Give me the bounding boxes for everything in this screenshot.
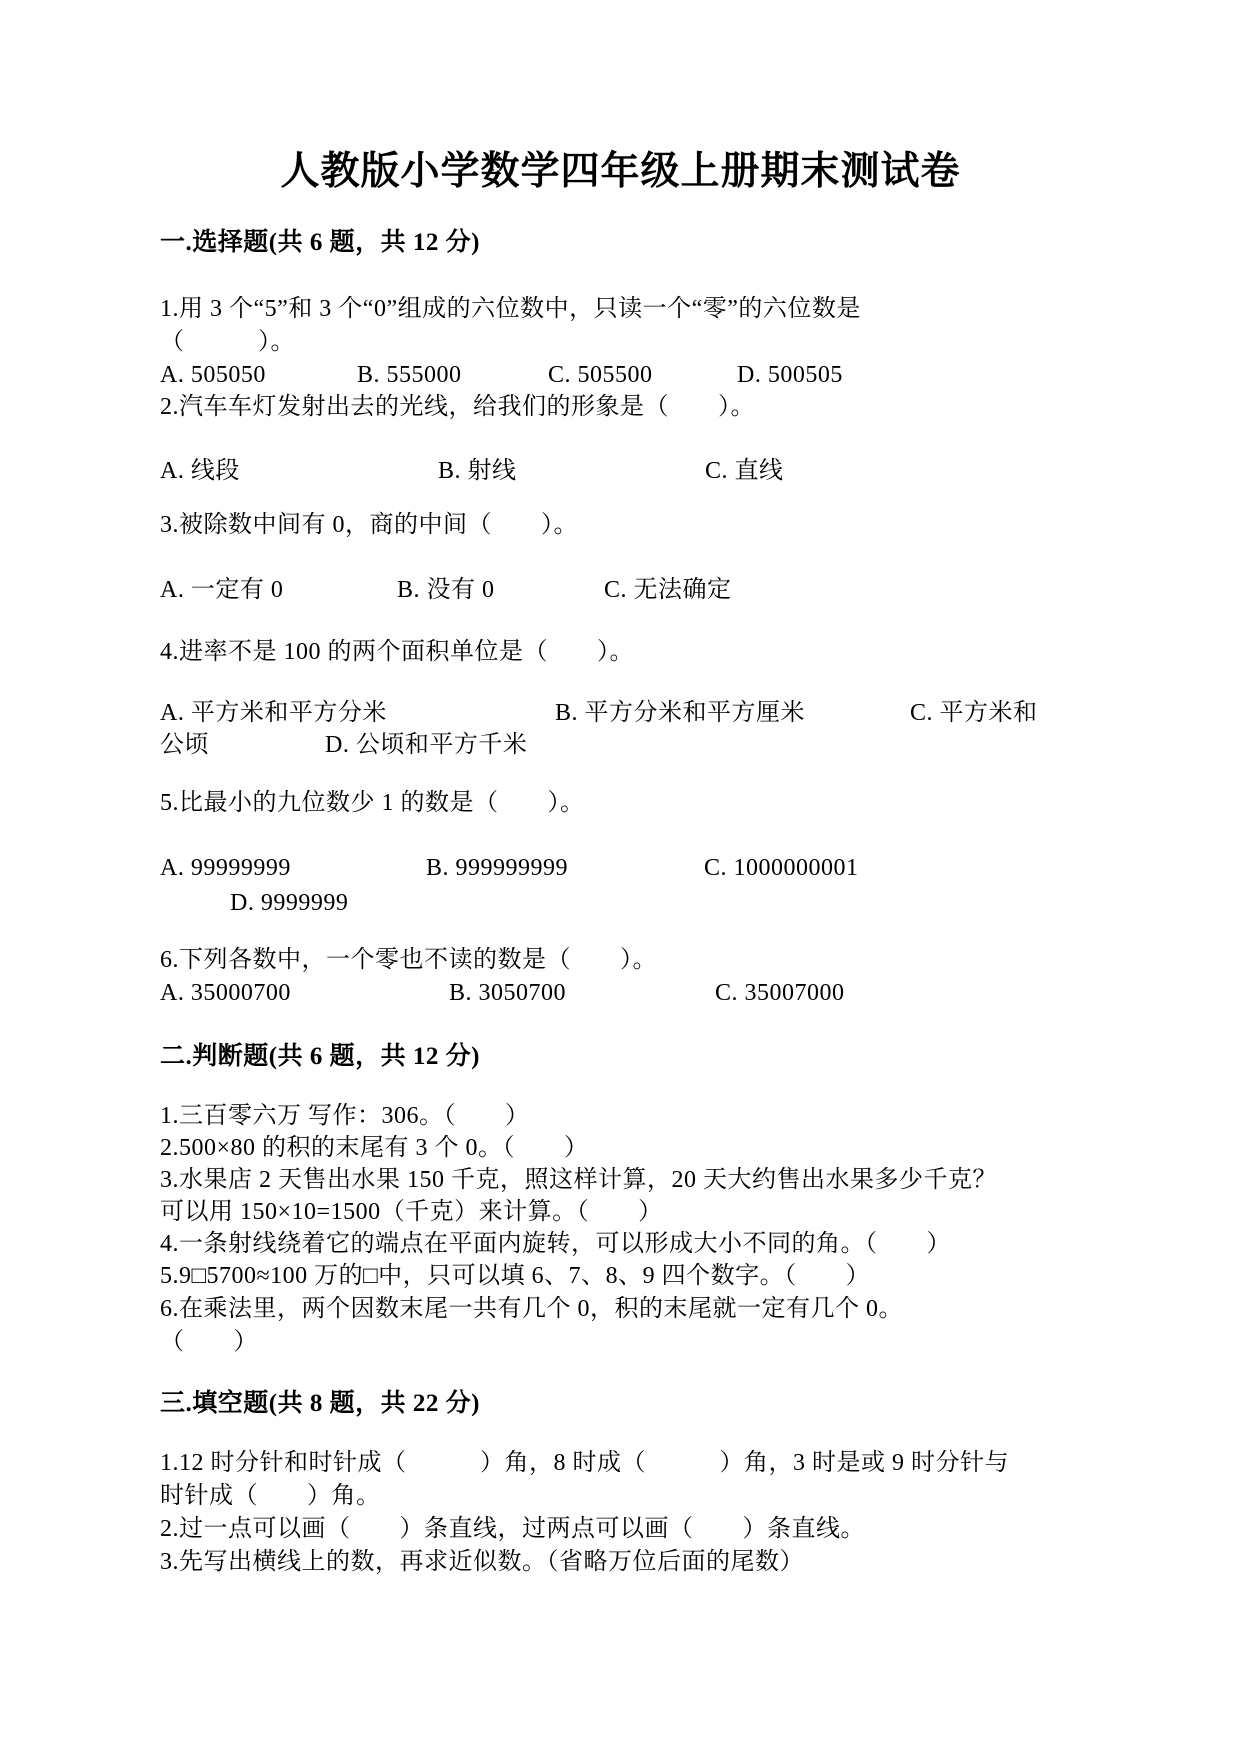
s1-question-5: 5.比最小的九位数少 1 的数是（ ）。 [160, 787, 585, 820]
test-paper-page: 人教版小学数学四年级上册期末测试卷 一.选择题(共 6 题，共 12 分) 1.… [0, 0, 1241, 1755]
s3-question-2: 2.过一点可以画（ ）条直线，过两点可以画（ ）条直线。 [160, 1513, 865, 1546]
s1-q4-option-a: A. 平方米和平方分米 [160, 697, 387, 730]
s2-question-5: 5.9□5700≈100 万的□中，只可以填 6、7、8、9 四个数字。（ ） [160, 1260, 870, 1293]
s2-question-3-line-1: 3.水果店 2 天售出水果 150 千克，照这样计算，20 天大约售出水果多少千… [160, 1164, 997, 1197]
s1-question-6: 6.下列各数中，一个零也不读的数是（ ）。 [160, 944, 657, 977]
s1-q3-option-c: C. 无法确定 [604, 574, 732, 607]
s1-q1-option-b: B. 555000 [357, 359, 462, 392]
s1-question-6-options: A. 35000700 B. 3050700 C. 35007000 [160, 977, 1180, 1010]
s1-question-2-options: A. 线段 B. 射线 C. 直线 [160, 455, 1180, 488]
s1-q1-option-a: A. 505050 [160, 359, 266, 392]
s1-q5-option-b: B. 999999999 [426, 852, 568, 885]
s3-question-1-line-1: 1.12 时分针和时针成（ ）角，8 时成（ ）角，3 时是或 9 时分针与 [160, 1447, 1009, 1480]
s2-question-1: 1.三百零六万 写作：306。（ ） [160, 1100, 530, 1133]
s1-question-4-options-line-2: 公顷 D. 公顷和平方千米 [160, 729, 1180, 762]
s2-question-6-line-2: （ ） [160, 1326, 258, 1359]
s1-q3-option-b: B. 没有 0 [397, 574, 495, 607]
s1-q4-option-d: D. 公顷和平方千米 [325, 729, 527, 762]
s1-q2-option-b: B. 射线 [438, 455, 517, 488]
s1-q1-option-c: C. 505500 [548, 359, 653, 392]
s1-q2-option-a: A. 线段 [160, 455, 240, 488]
s1-q5-option-a: A. 99999999 [160, 852, 291, 885]
s1-q3-option-a: A. 一定有 0 [160, 574, 283, 607]
s1-q4-option-c-continuation: 公顷 [160, 729, 209, 762]
s1-q6-option-b: B. 3050700 [449, 977, 566, 1010]
s1-q5-option-d: D. 9999999 [230, 887, 348, 920]
s1-question-4: 4.进率不是 100 的两个面积单位是（ ）。 [160, 636, 634, 669]
s1-q2-option-c: C. 直线 [705, 455, 784, 488]
s1-question-5-options-line-1: A. 99999999 B. 999999999 C. 1000000001 [160, 852, 1180, 885]
s3-question-3: 3.先写出横线上的数，再求近似数。（省略万位后面的尾数） [160, 1546, 804, 1579]
s2-question-6-line-1: 6.在乘法里，两个因数末尾一共有几个 0，积的末尾就一定有几个 0。 [160, 1293, 903, 1326]
section-1-heading: 一.选择题(共 6 题，共 12 分) [160, 226, 480, 259]
s1-q5-option-c: C. 1000000001 [704, 852, 859, 885]
s1-question-1-options: A. 505050 B. 555000 C. 505500 D. 500505 [160, 359, 1180, 392]
s1-question-1-line-1: 1.用 3 个“5”和 3 个“0”组成的六位数中，只读一个“零”的六位数是 [160, 293, 861, 326]
s1-question-3-options: A. 一定有 0 B. 没有 0 C. 无法确定 [160, 574, 1180, 607]
s1-question-3: 3.被除数中间有 0，商的中间（ ）。 [160, 509, 578, 542]
s1-q6-option-c: C. 35007000 [715, 977, 845, 1010]
s3-question-1-line-2: 时针成（ ）角。 [160, 1480, 381, 1513]
s1-q4-option-b: B. 平方分米和平方厘米 [555, 697, 805, 730]
s1-q1-option-d: D. 500505 [737, 359, 843, 392]
s1-q6-option-a: A. 35000700 [160, 977, 291, 1010]
page-title: 人教版小学数学四年级上册期末测试卷 [0, 140, 1241, 196]
s2-question-3-line-2: 可以用 150×10=1500（千克）来计算。（ ） [160, 1196, 663, 1229]
s2-question-2: 2.500×80 的积的末尾有 3 个 0。（ ） [160, 1132, 589, 1165]
section-2-heading: 二.判断题(共 6 题，共 12 分) [160, 1040, 480, 1073]
s1-question-4-options-line-1: A. 平方米和平方分米 B. 平方分米和平方厘米 C. 平方米和 [160, 697, 1180, 730]
s2-question-4: 4.一条射线绕着它的端点在平面内旋转，可以形成大小不同的角。（ ） [160, 1228, 951, 1261]
s1-question-2: 2.汽车车灯发射出去的光线，给我们的形象是（ ）。 [160, 391, 755, 424]
s1-question-5-options-line-2: D. 9999999 [160, 887, 1180, 920]
s1-q4-option-c: C. 平方米和 [910, 697, 1038, 730]
s1-question-1-line-2: （ ）。 [160, 326, 295, 359]
section-3-heading: 三.填空题(共 8 题，共 22 分) [160, 1387, 480, 1420]
